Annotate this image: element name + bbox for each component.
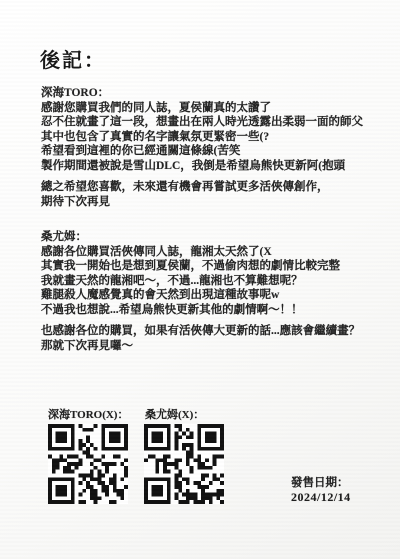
afterword-line: 期待下次再見 [41, 195, 371, 210]
release-date-block: 發售日期： 2024/12/14 [291, 476, 351, 504]
author-name: 桑尤姆： [41, 230, 371, 245]
release-date-value: 2024/12/14 [291, 490, 351, 504]
qr-label-toro: 深海TORO(X)： [48, 406, 128, 422]
afterword-line: 也感謝各位的購買，如果有活俠傳大更新的話...應該會繼續畫？ [41, 324, 371, 339]
qr-code-toro [48, 424, 128, 504]
afterword-line: 感謝您購買我們的同人誌，夏侯蘭真的太讚了 [41, 101, 371, 116]
afterword-line: 不過我也想說...希望烏熊快更新其他的劇情啊～！！ [41, 303, 371, 318]
afterword-line: 雞腿殺人魔感覺真的會天然到出現這種故事呢w [41, 288, 371, 303]
qr-code-sangyoum [144, 424, 224, 504]
afterword-line: 希望看到這裡的你已經通關這條線(苦笑 [41, 144, 371, 159]
afterword-line: 忍不住就畫了這一段，想畫出在兩人時光透露出柔弱一面的師父 [41, 115, 371, 130]
afterword-line: 我就畫天然的龍湘吧～，不過...龍湘也不算難想呢？ [41, 274, 371, 289]
author-name: 深海TORO： [41, 86, 371, 101]
afterword-section-toro: 深海TORO： 感謝您購買我們的同人誌，夏侯蘭真的太讚了 忍不住就畫了這一段，想… [41, 86, 371, 209]
afterword-line: 總之希望您喜歡，未來還有機會再嘗試更多活俠傳創作， [41, 180, 371, 195]
afterword-section-sangyoum: 桑尤姆： 感謝各位購買活俠傳同人誌，龍湘太天然了(X 其實我一開始也是想到夏侯蘭… [41, 230, 371, 353]
release-date-label: 發售日期： [291, 476, 351, 490]
afterword-line: 其實我一開始也是想到夏侯蘭，不過偷肉想的劇情比較完整 [41, 259, 371, 274]
qr-label-sangyoum: 桑尤姆(X)： [145, 406, 204, 422]
afterword-line: 那就下次再見囉～ [41, 339, 371, 354]
afterword-line: 製作期間還被說是雪山DLC，我倒是希望烏熊快更新阿(抱頭 [41, 159, 371, 174]
page-title: 後記： [40, 44, 106, 73]
afterword-line: 其中也包含了真實的名字讓氣氛更緊密一些(? [41, 130, 371, 145]
afterword-line: 感謝各位購買活俠傳同人誌，龍湘太天然了(X [41, 245, 371, 260]
